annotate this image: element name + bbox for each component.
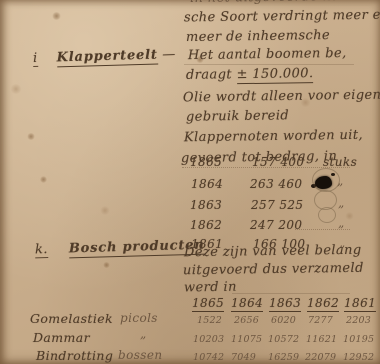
margin-item-title: Klapperteelt [56,48,157,68]
cell-value: 22079 [305,352,336,363]
text-line: Deze zijn van veel belang [184,243,362,260]
cell-value: 12952 [343,352,374,363]
cell-value: 7049 [231,352,256,363]
cell-value: 10742 [193,352,224,363]
paragraph-line-clipped: in het uitgevoerde na [190,0,340,6]
guide-line [295,228,350,230]
margin-item-klapperteelt: i Klapperteelt — [33,47,176,66]
text-segment: draagt [186,67,237,83]
row-label: Gomelastiek [30,311,113,326]
underlined-amount: ± 150.000. [236,66,313,84]
table-value: 263 460 [250,177,302,191]
row-label: Dammar [33,330,90,345]
row-unit: „ [140,327,147,341]
text-line: uitgevoerd dus verzameld [183,261,364,279]
cell-value: 6020 [271,315,296,326]
cell-value: 2656 [234,315,259,326]
paragraph-line: sche Soort verdringt meer en [184,8,380,26]
cell-value: 10572 [268,334,299,345]
cell-value: 7277 [308,315,333,326]
cell-value: 11075 [231,334,262,345]
column-header-year: 1865 [192,296,224,312]
margin-item-dash: — [162,47,176,62]
table-unit: „ [338,196,345,210]
foxing-spot [52,12,61,20]
text-line: gebruik bereid [186,108,289,124]
table-year: 1863 [190,198,222,212]
foxing-spot [345,212,354,220]
table-value: 257 525 [251,198,303,212]
row-unit: picols [120,311,158,325]
row-unit: bossen [118,348,162,362]
cell-value: 10195 [343,334,374,345]
foxing-spot [10,84,22,94]
ink-smudge-ring [312,168,340,192]
table-value: 157 400 [252,155,304,169]
cell-value: 10203 [193,334,224,345]
cell-value: 2203 [346,315,371,326]
paragraph-line: meer de inheemsche [186,28,330,45]
ink-smudge-ring [318,207,336,223]
table-year: 1862 [190,218,222,232]
column-header-year: 1862 [307,296,339,312]
foxing-spot [27,133,35,140]
cell-value: 16259 [268,352,299,363]
text-line: Klappernoten worden uit, [184,128,363,145]
margin-item-marker: k. [35,242,48,258]
cell-value: 1522 [197,315,222,326]
manuscript-page: in het uitgevoerde na sche Soort verdrin… [0,0,380,364]
cell-value: 11621 [306,334,337,345]
column-header-year: 1864 [231,296,263,312]
table-year: 1865 [190,155,222,169]
table-unit: stuks [323,155,357,169]
margin-item-marker: i [33,51,38,67]
row-label: Bindrotting [36,348,113,363]
text-line: Olie wordt alleen voor eigen [183,88,380,106]
table-year: 1864 [191,177,223,191]
margin-item-boschproducten: k. Bosch producten [35,238,205,258]
column-header-year: 1863 [269,296,301,312]
text-line: Het aantal boomen be, [188,46,347,63]
text-line: draagt ± 150.000. [186,66,314,83]
column-header-year: 1861 [344,296,376,312]
text-line: werd in [184,280,237,296]
foxing-spot [103,262,110,268]
foxing-spot [40,176,47,183]
guide-line [232,293,350,294]
foxing-spot [100,206,110,215]
guide-line [184,64,354,65]
